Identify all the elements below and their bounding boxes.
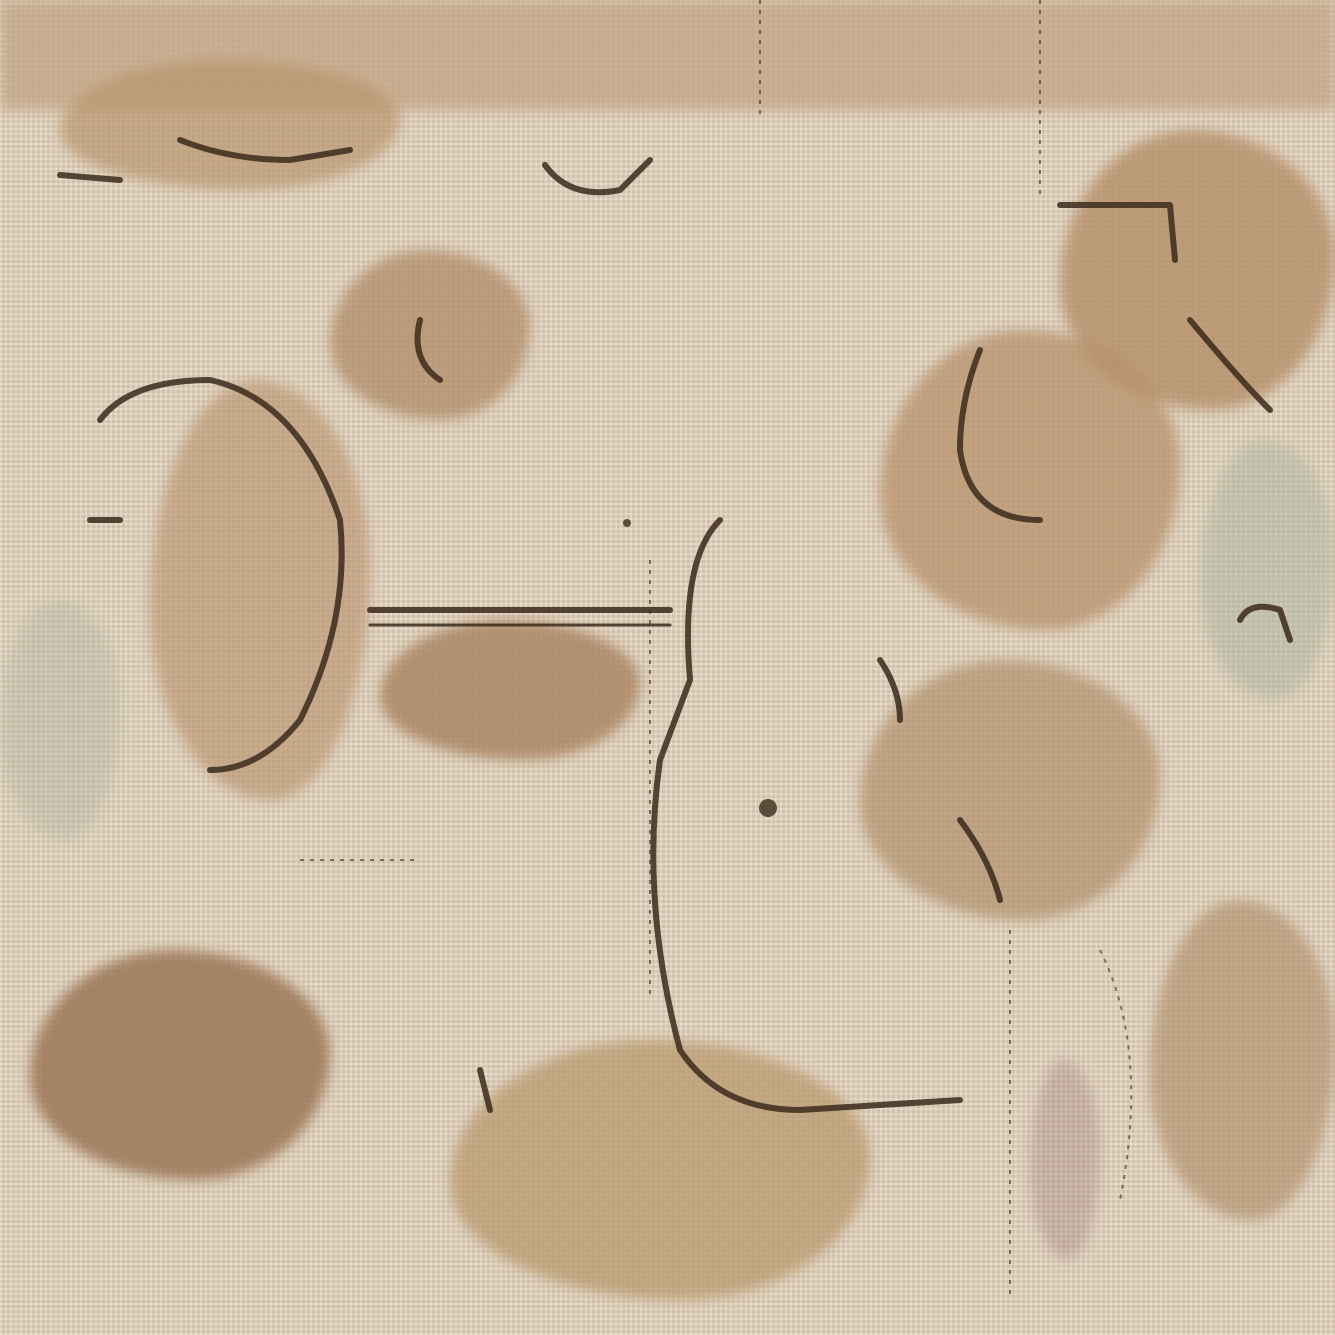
rug-photo — [0, 0, 1335, 1335]
rug-motif-outlines — [0, 0, 1335, 1335]
